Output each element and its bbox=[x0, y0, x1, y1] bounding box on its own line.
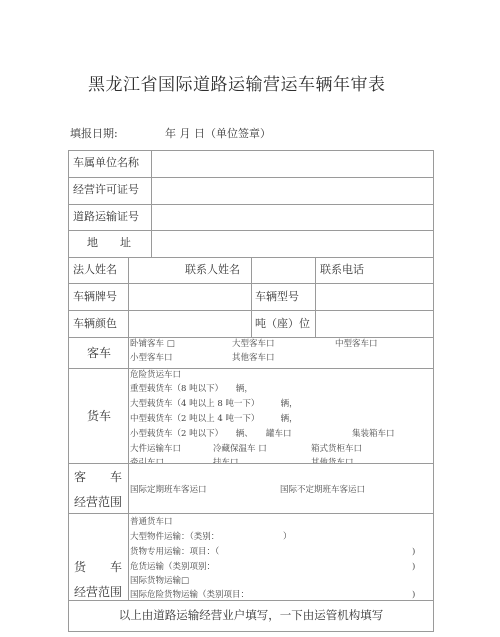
option-box-truck[interactable]: 箱式货柜车口 bbox=[311, 444, 362, 455]
road-transport-cert-field[interactable] bbox=[152, 205, 433, 230]
business-license-field[interactable] bbox=[152, 178, 433, 204]
fill-date-label: 填报日期: bbox=[70, 125, 118, 141]
legal-person-label: 法人姓名 bbox=[73, 263, 117, 277]
international-dangerous-goods-category[interactable]: 国际危险货物运输（类别项目： bbox=[130, 590, 249, 600]
tonnage-label: 吨（座）位 bbox=[255, 317, 310, 331]
fill-date-value: 年 月 日（单位签章） bbox=[165, 125, 271, 141]
option-unscheduled-bus-service[interactable]: 国际不定期班车客运口 bbox=[280, 485, 365, 496]
option-scheduled-bus-service[interactable]: 国际定期班车客运口 bbox=[130, 485, 207, 496]
tonnage-field[interactable] bbox=[316, 311, 433, 337]
plate-no-label: 车辆牌号 bbox=[73, 290, 117, 304]
close-paren: ) bbox=[412, 590, 415, 600]
option-container-truck[interactable]: 集装箱车口 bbox=[352, 429, 395, 440]
dangerous-goods-category[interactable]: 危货运输（类别项别： bbox=[130, 562, 215, 573]
option-other-bus[interactable]: 其他客车口 bbox=[232, 353, 275, 364]
owner-unit-name-label: 车属单位名称 bbox=[73, 156, 139, 170]
freight-vehicle-label: 货车 bbox=[87, 409, 111, 423]
option-medium-bus[interactable]: 中型客车口 bbox=[335, 339, 378, 350]
passenger-scope-label-1: 客 车 bbox=[74, 470, 122, 484]
option-dangerous-goods-truck[interactable]: 危险货运车口 bbox=[130, 370, 181, 381]
close-paren: ) bbox=[412, 547, 415, 558]
option-general-freight[interactable]: 普通货车口 bbox=[130, 517, 173, 528]
large-truck-count[interactable]: 大型载货车（4 吨以上 8 吨一下） 辆， bbox=[130, 399, 298, 410]
heavy-truck-count[interactable]: 重型载货车（8 吨以下） 辆， bbox=[130, 384, 253, 395]
row-divider bbox=[68, 463, 434, 464]
freight-scope-options: 普通货车口 大型物件运输：（类别： ） 货物专用运输：项目：（ ) 危货运输（类… bbox=[129, 514, 433, 600]
road-transport-cert-label: 道路运输证号 bbox=[73, 210, 139, 224]
document-title: 黑龙江省国际道路运输营运车辆年审表 bbox=[88, 70, 386, 95]
option-sleeper-bus[interactable]: 卧铺客车 □ bbox=[130, 339, 175, 350]
option-oversize-truck[interactable]: 大件运输车口 bbox=[130, 444, 181, 455]
option-tank-truck[interactable]: 罐车口 bbox=[266, 429, 292, 440]
passenger-scope-label-2: 经营范围 bbox=[74, 495, 122, 509]
address-label: 地 址 bbox=[87, 236, 131, 250]
address-field[interactable] bbox=[152, 231, 433, 257]
option-large-bus[interactable]: 大型客车口 bbox=[232, 339, 275, 350]
contact-phone-label: 联系电话 bbox=[320, 263, 364, 277]
vehicle-color-label: 车辆颜色 bbox=[73, 317, 117, 331]
owner-unit-name-field[interactable] bbox=[152, 151, 433, 177]
close-paren: ) bbox=[412, 562, 415, 573]
contact-name-label: 联系人姓名 bbox=[185, 263, 240, 277]
medium-truck-count[interactable]: 中型载货车（2 吨以上 4 吨一下） 辆， bbox=[130, 414, 298, 425]
option-international-freight[interactable]: 国际货物运输□ bbox=[130, 576, 189, 587]
special-cargo-project[interactable]: 货物专用运输：项目：（ bbox=[130, 547, 219, 558]
small-truck-count[interactable]: 小型载货车（2 吨以下） 辆、 bbox=[130, 429, 253, 440]
contact-name-field[interactable] bbox=[252, 258, 315, 283]
vehicle-model-field[interactable] bbox=[316, 284, 433, 310]
row-divider bbox=[68, 600, 434, 601]
freight-scope-label-2: 经营范围 bbox=[74, 585, 122, 599]
passenger-vehicle-label: 客车 bbox=[87, 346, 111, 360]
plate-no-field[interactable] bbox=[129, 284, 251, 310]
footer-note: 以上由道路运输经营业户填写，一下由运管机构填写 bbox=[68, 608, 434, 622]
option-trailer[interactable]: 挂车口 bbox=[213, 458, 239, 463]
oversize-cargo-category[interactable]: 大型物件运输：（类别： ） bbox=[130, 532, 292, 543]
option-small-bus[interactable]: 小型客车口 bbox=[130, 353, 173, 364]
row-divider bbox=[68, 337, 434, 338]
freight-vehicle-options: 危险货运车口 重型载货车（8 吨以下） 辆， 大型载货车（4 吨以上 8 吨一下… bbox=[129, 369, 433, 463]
option-tractor[interactable]: 牵引车口 bbox=[130, 458, 164, 463]
option-refrigerated-truck[interactable]: 冷藏保温车 口 bbox=[213, 444, 267, 455]
vehicle-color-field[interactable] bbox=[129, 311, 251, 337]
option-other-truck[interactable]: 其他货车口 bbox=[311, 458, 354, 463]
freight-scope-label-1: 货 车 bbox=[74, 560, 122, 574]
business-license-label: 经营许可证号 bbox=[73, 183, 139, 197]
vehicle-model-label: 车辆型号 bbox=[255, 290, 299, 304]
